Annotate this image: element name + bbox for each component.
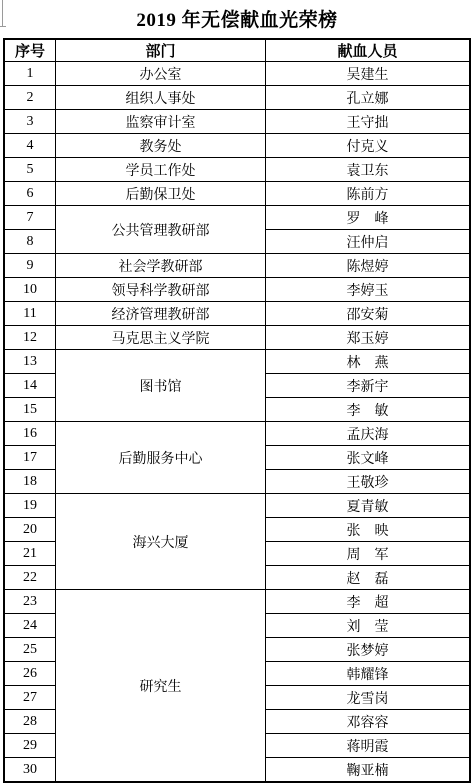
department-cell: 图书馆: [56, 350, 266, 422]
donor-name-cell: 付克义: [266, 134, 471, 158]
serial-number-cell: 12: [4, 326, 56, 350]
serial-number-cell: 28: [4, 710, 56, 734]
donor-name-cell: 陈前方: [266, 182, 471, 206]
department-cell: 经济管理教研部: [56, 302, 266, 326]
donor-name-cell: 韩耀锋: [266, 662, 471, 686]
serial-number-cell: 2: [4, 86, 56, 110]
serial-number-cell: 20: [4, 518, 56, 542]
department-cell: 后勤服务中心: [56, 422, 266, 494]
serial-number-cell: 4: [4, 134, 56, 158]
serial-number-cell: 19: [4, 494, 56, 518]
serial-number-cell: 9: [4, 254, 56, 278]
table-row: 12马克思主义学院郑玉婷: [4, 326, 470, 350]
donor-name-cell: 罗 峰: [266, 206, 471, 230]
table-row: 7公共管理教研部罗 峰: [4, 206, 470, 230]
serial-number-cell: 30: [4, 758, 56, 783]
donor-name-cell: 张文峰: [266, 446, 471, 470]
serial-number-cell: 1: [4, 62, 56, 86]
serial-number-cell: 7: [4, 206, 56, 230]
serial-number-cell: 13: [4, 350, 56, 374]
donor-name-cell: 王敬珍: [266, 470, 471, 494]
donor-name-cell: 袁卫东: [266, 158, 471, 182]
table-row: 2组织人事处孔立娜: [4, 86, 470, 110]
table-row: 4教务处付克义: [4, 134, 470, 158]
serial-number-cell: 27: [4, 686, 56, 710]
page-title: 2019 年无偿献血光荣榜: [0, 5, 474, 32]
header-cell-department: 部门: [56, 39, 266, 62]
donor-name-cell: 林 燕: [266, 350, 471, 374]
donor-name-cell: 李婷玉: [266, 278, 471, 302]
department-cell: 办公室: [56, 62, 266, 86]
department-cell: 教务处: [56, 134, 266, 158]
table-row: 5学员工作处袁卫东: [4, 158, 470, 182]
serial-number-cell: 21: [4, 542, 56, 566]
donor-name-cell: 蒋明霞: [266, 734, 471, 758]
donor-name-cell: 张梦婷: [266, 638, 471, 662]
serial-number-cell: 10: [4, 278, 56, 302]
serial-number-cell: 8: [4, 230, 56, 254]
department-cell: 海兴大厦: [56, 494, 266, 590]
table-row: 10领导科学教研部李婷玉: [4, 278, 470, 302]
department-cell: 社会学教研部: [56, 254, 266, 278]
serial-number-cell: 23: [4, 590, 56, 614]
table-row: 23研究生李 超: [4, 590, 470, 614]
donor-name-cell: 邓容容: [266, 710, 471, 734]
table-row: 6后勤保卫处陈前方: [4, 182, 470, 206]
table-row: 13图书馆林 燕: [4, 350, 470, 374]
donor-name-cell: 周 军: [266, 542, 471, 566]
donor-name-cell: 孟庆海: [266, 422, 471, 446]
donor-name-cell: 李新宇: [266, 374, 471, 398]
serial-number-cell: 16: [4, 422, 56, 446]
donor-name-cell: 王守拙: [266, 110, 471, 134]
donor-name-cell: 汪仲启: [266, 230, 471, 254]
serial-number-cell: 24: [4, 614, 56, 638]
table-header: 序号 部门 献血人员: [4, 39, 470, 62]
donor-name-cell: 龙雪岗: [266, 686, 471, 710]
department-cell: 马克思主义学院: [56, 326, 266, 350]
table-row: 16后勤服务中心孟庆海: [4, 422, 470, 446]
donor-name-cell: 陈煜婷: [266, 254, 471, 278]
department-cell: 研究生: [56, 590, 266, 783]
serial-number-cell: 18: [4, 470, 56, 494]
header-row: 序号 部门 献血人员: [4, 39, 470, 62]
header-cell-donor: 献血人员: [266, 39, 471, 62]
donor-name-cell: 李 敏: [266, 398, 471, 422]
serial-number-cell: 6: [4, 182, 56, 206]
department-cell: 监察审计室: [56, 110, 266, 134]
serial-number-cell: 14: [4, 374, 56, 398]
blood-donor-table: 序号 部门 献血人员 1办公室吴建生2组织人事处孔立娜3监察审计室王守拙4教务处…: [3, 38, 471, 783]
donor-name-cell: 张 映: [266, 518, 471, 542]
serial-number-cell: 11: [4, 302, 56, 326]
department-cell: 后勤保卫处: [56, 182, 266, 206]
serial-number-cell: 26: [4, 662, 56, 686]
table-row: 19海兴大厦夏青敏: [4, 494, 470, 518]
department-cell: 公共管理教研部: [56, 206, 266, 254]
serial-number-cell: 15: [4, 398, 56, 422]
serial-number-cell: 17: [4, 446, 56, 470]
donor-name-cell: 赵 磊: [266, 566, 471, 590]
department-cell: 领导科学教研部: [56, 278, 266, 302]
table-row: 3监察审计室王守拙: [4, 110, 470, 134]
serial-number-cell: 25: [4, 638, 56, 662]
donor-name-cell: 孔立娜: [266, 86, 471, 110]
serial-number-cell: 5: [4, 158, 56, 182]
table-row: 9社会学教研部陈煜婷: [4, 254, 470, 278]
header-cell-serial: 序号: [4, 39, 56, 62]
donor-name-cell: 吴建生: [266, 62, 471, 86]
department-cell: 学员工作处: [56, 158, 266, 182]
donor-name-cell: 夏青敏: [266, 494, 471, 518]
serial-number-cell: 22: [4, 566, 56, 590]
serial-number-cell: 3: [4, 110, 56, 134]
donor-name-cell: 郑玉婷: [266, 326, 471, 350]
serial-number-cell: 29: [4, 734, 56, 758]
donor-name-cell: 李 超: [266, 590, 471, 614]
department-cell: 组织人事处: [56, 86, 266, 110]
table-row: 1办公室吴建生: [4, 62, 470, 86]
table-row: 11经济管理教研部邵安菊: [4, 302, 470, 326]
donor-name-cell: 鞠亚楠: [266, 758, 471, 783]
table-body: 1办公室吴建生2组织人事处孔立娜3监察审计室王守拙4教务处付克义5学员工作处袁卫…: [4, 62, 470, 783]
donor-name-cell: 邵安菊: [266, 302, 471, 326]
donor-name-cell: 刘 莹: [266, 614, 471, 638]
